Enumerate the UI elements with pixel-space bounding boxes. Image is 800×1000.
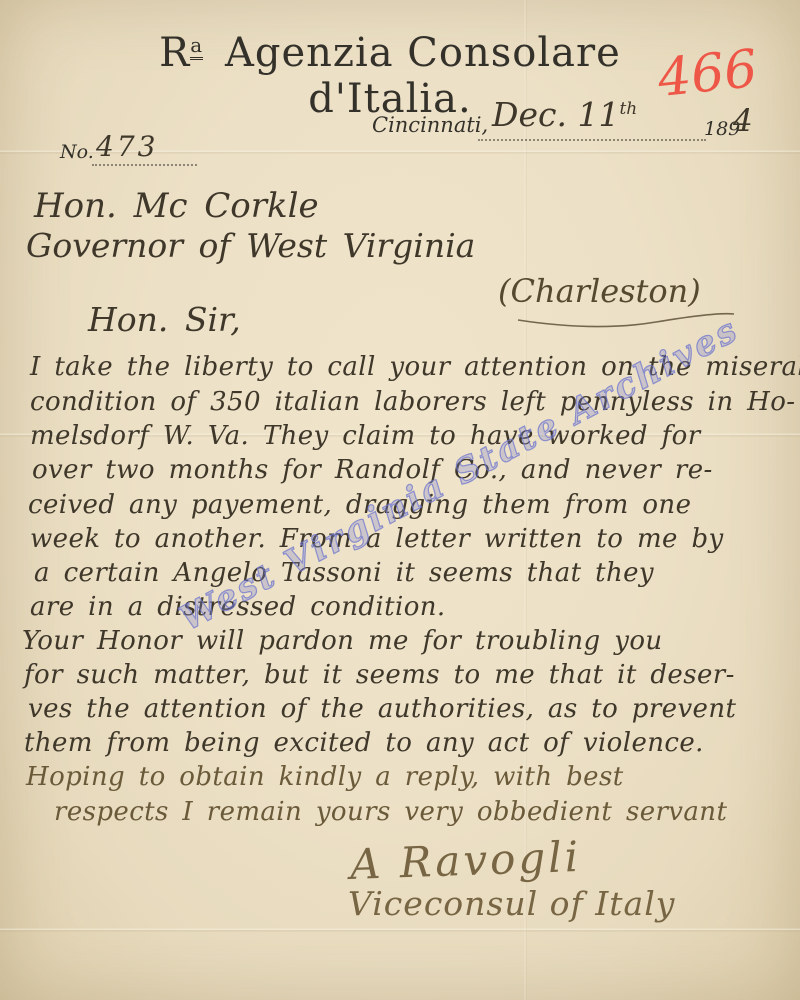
- body-line: a certain Angelo Tassoni it seems that t…: [34, 558, 654, 588]
- dateline-day-suffix: th: [619, 99, 637, 119]
- body-line: Hoping to obtain kindly a reply, with be…: [26, 762, 624, 792]
- salutation: Hon. Sir,: [88, 300, 241, 339]
- body-line: Your Honor will pardon me for troubling …: [22, 626, 663, 656]
- charleston-underline-flourish: [516, 312, 736, 330]
- body-line: melsdorf W. Va. They claim to have worke…: [30, 421, 701, 451]
- letter-page: Ra Agenzia Consolare d'Italia. 466 Cinci…: [0, 0, 800, 1000]
- reference-label: No.: [60, 141, 94, 163]
- body-line: respects I remain yours very obbedient s…: [54, 797, 727, 827]
- fold-crease-bottom: [0, 928, 800, 932]
- dateline-place: Cincinnati,: [372, 113, 488, 137]
- archive-number-stamp: 466: [655, 39, 760, 109]
- letterhead-prefix-superscript: a: [190, 33, 203, 60]
- body-line: I take the liberty to call your attentio…: [30, 352, 800, 382]
- dateline-day: Dec. 11: [492, 95, 619, 134]
- letterhead-prefix: R: [159, 30, 190, 76]
- dateline-date-handwritten: Dec. 11th: [492, 95, 637, 134]
- recipient-location: (Charleston): [498, 272, 701, 310]
- dateline-year-handwritten: 4: [733, 103, 753, 139]
- body-line: them from being excited to any act of vi…: [24, 728, 704, 758]
- signature-title: Viceconsul of Italy: [348, 884, 675, 923]
- body-line: condition of 350 italian laborers left p…: [30, 387, 796, 417]
- body-line: ceived any payement, dragging them from …: [28, 490, 691, 520]
- body-line: over two months for Randolf Co., and nev…: [32, 455, 713, 485]
- body-line: for such matter, but it seems to me that…: [24, 660, 735, 690]
- signature: A Ravogli: [349, 832, 582, 889]
- recipient-name: Hon. Mc Corkle: [34, 186, 319, 226]
- body-line: week to another. From a letter written t…: [30, 524, 724, 554]
- body-line: are in a distressed condition.: [30, 592, 446, 622]
- recipient-title: Governor of West Virginia: [26, 226, 475, 265]
- reference-number: 473: [96, 130, 158, 163]
- dateline-rule: [478, 139, 706, 141]
- body-line: ves the attention of the authorities, as…: [28, 694, 736, 724]
- reference-rule: [92, 164, 197, 166]
